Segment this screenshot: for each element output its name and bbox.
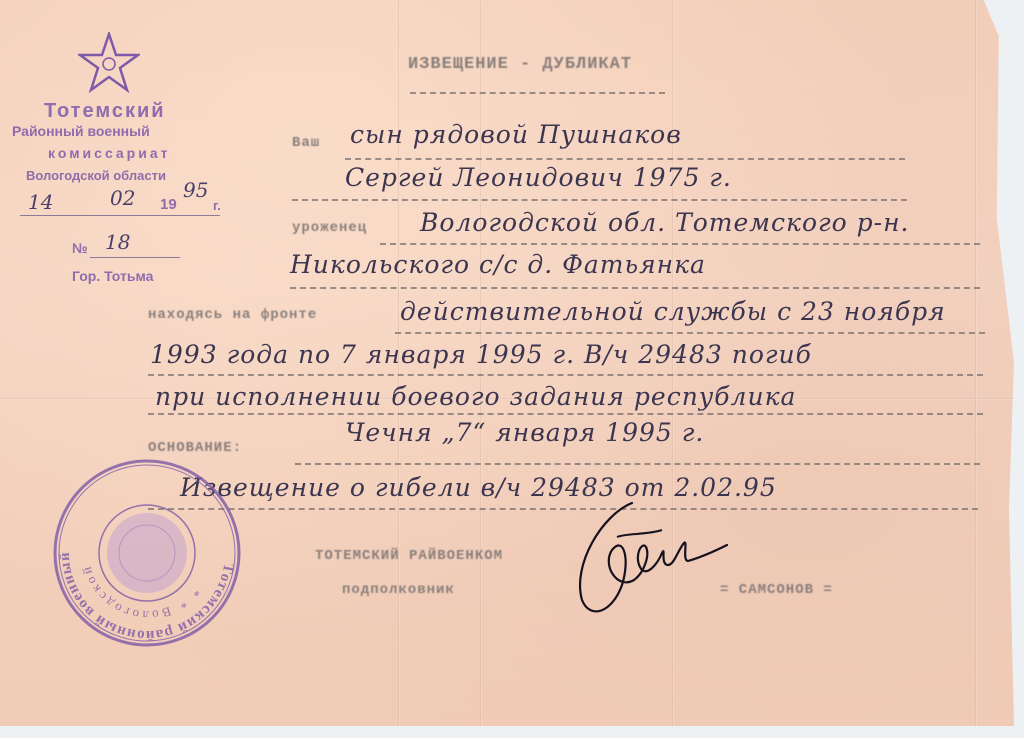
footer-rank: подполковник	[342, 582, 455, 598]
field-rule-1	[345, 158, 905, 160]
field-rule-2	[292, 199, 907, 201]
document-paper: ИЗВЕЩЕНИЕ - ДУБЛИКАТ Тотемский Районный …	[0, 0, 1014, 726]
label-osnovanie: ОСНОВАНИЕ:	[148, 440, 242, 456]
stamp-line-4: Вологодской области	[26, 168, 166, 183]
stamp-line-1: Тотемский	[44, 100, 166, 123]
label-nahodyas: находясь на фронте	[148, 307, 317, 323]
field-rule-7	[148, 413, 983, 415]
field-line-5: действительной службы с 23 ноября	[400, 297, 946, 326]
field-line-6: 1993 года по 7 января 1995 г. В/ч 29483 …	[150, 340, 812, 369]
field-rule-6	[148, 374, 983, 376]
stamp-date-underline	[20, 215, 220, 216]
fold-line	[975, 0, 977, 726]
stamp-date-month: 02	[110, 186, 135, 210]
stamp-number-underline	[90, 257, 180, 258]
stamp-number-value: 18	[105, 230, 130, 254]
field-rule-8	[295, 463, 980, 465]
label-vash: Ваш	[292, 135, 320, 151]
star-emblem-icon	[78, 32, 140, 94]
stamp-date-year-prefix: 19	[160, 196, 177, 213]
label-urozhenets: уроженец	[292, 220, 367, 236]
field-line-3: Вологодской обл. Тотемского р-н.	[420, 208, 910, 237]
field-line-2: Сергей Леонидович 1975 г.	[345, 163, 732, 192]
stamp-line-2: Районный военный	[12, 123, 150, 139]
field-rule-3	[380, 243, 980, 245]
field-line-7: при исполнении боевого задания республик…	[155, 382, 796, 411]
footer-name: = САМСОНОВ =	[720, 582, 833, 598]
document-title: ИЗВЕЩЕНИЕ - ДУБЛИКАТ	[408, 55, 632, 74]
field-rule-5	[395, 332, 985, 334]
signature-icon	[562, 495, 732, 625]
stamp-date-g: г.	[213, 198, 221, 213]
stamp-number-label: №	[72, 240, 88, 256]
round-seal-icon: Тотемский районный военный комиссариат *…	[52, 458, 242, 648]
footer-org: ТОТЕМСКИЙ РАЙВОЕНКОМ	[315, 548, 503, 564]
field-line-4: Никольского с/с д. Фатьянка	[290, 250, 706, 279]
stamp-date-year: 95	[183, 178, 208, 202]
field-line-8: Чечня „7“ января 1995 г.	[345, 418, 704, 447]
stamp-date-day: 14	[28, 190, 53, 214]
title-underline	[410, 92, 665, 94]
stamp-city: Гор. Тотьма	[72, 268, 153, 284]
field-line-1: сын рядовой Пушнаков	[350, 120, 682, 149]
field-rule-4	[290, 287, 980, 289]
stamp-line-3: комиссариат	[48, 145, 170, 161]
